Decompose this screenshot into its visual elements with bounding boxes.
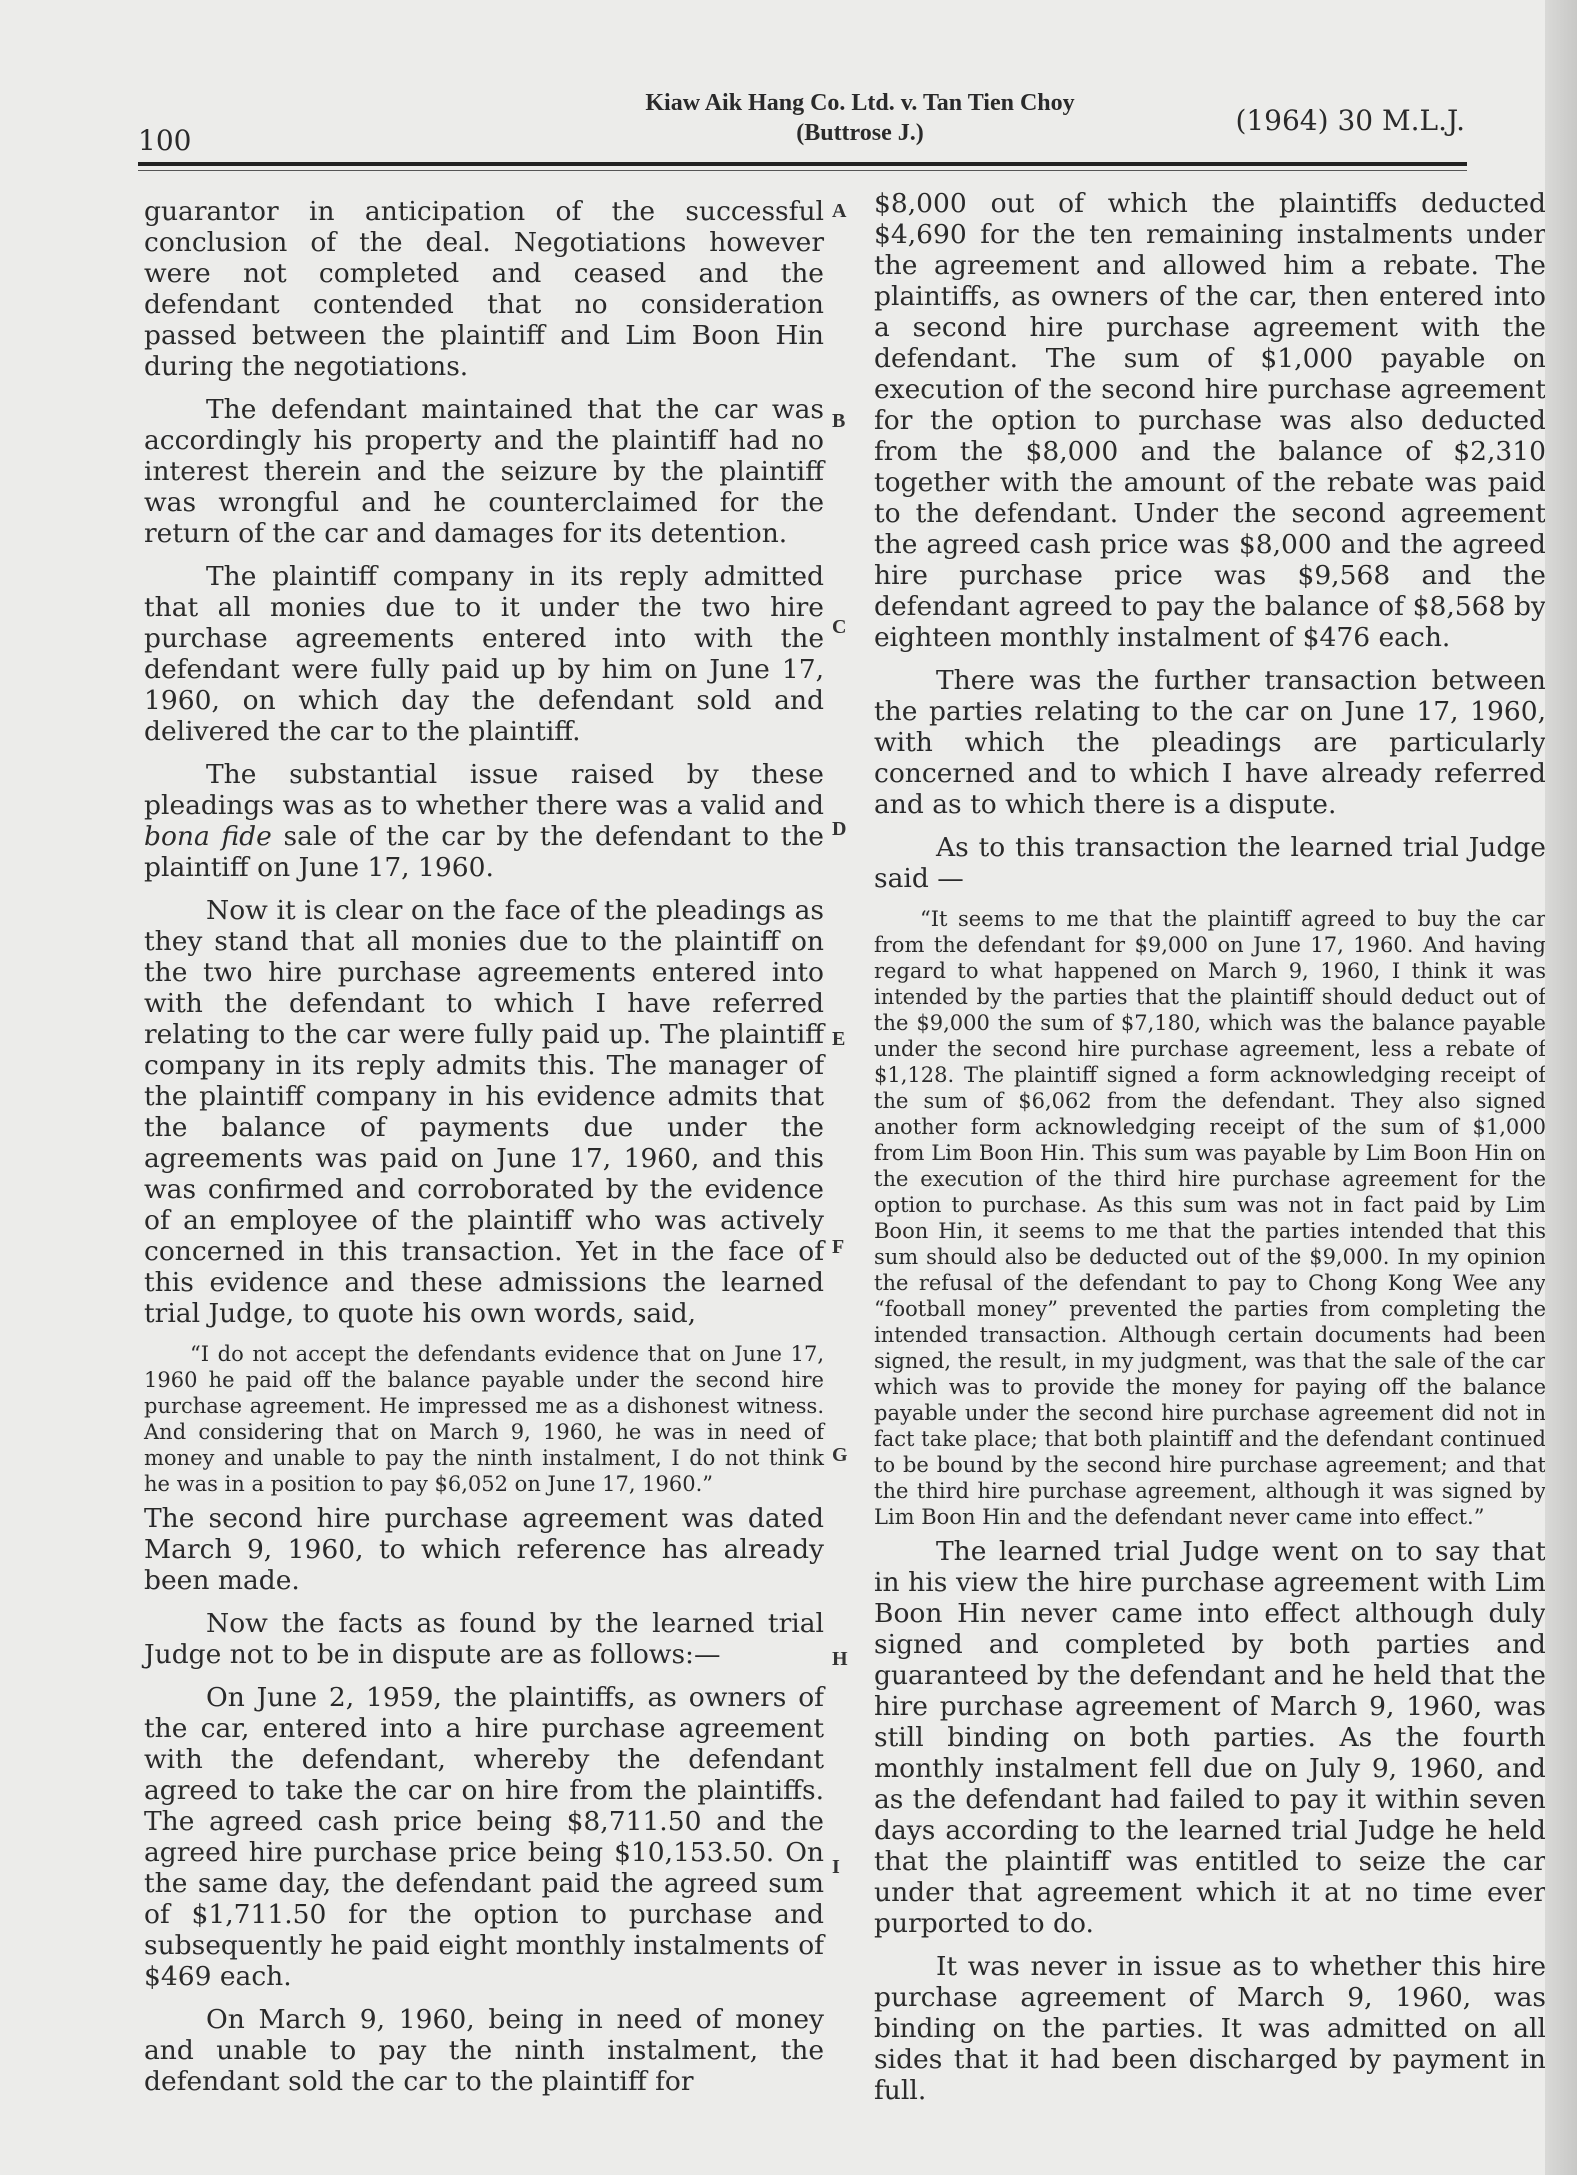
paragraph: Now it is clear on the face of the plead… xyxy=(144,895,824,1329)
paragraph: There was the further transaction betwee… xyxy=(874,665,1546,820)
paragraph: The second hire purchase agreement was d… xyxy=(144,1503,824,1596)
margin-letter-e: E xyxy=(832,1028,845,1051)
paragraph: It was never in issue as to whether this… xyxy=(874,1951,1546,2106)
text-span: The substantial issue raised by these pl… xyxy=(144,759,824,821)
judge-name: (Buttrose J.) xyxy=(580,118,1140,148)
document-page: 100 Kiaw Aik Hang Co. Ltd. v. Tan Tien C… xyxy=(0,0,1545,2175)
paragraph: As to this transaction the learned trial… xyxy=(874,832,1546,894)
margin-letter-g: G xyxy=(832,1444,848,1467)
left-column: guarantor in anticipation of the success… xyxy=(144,196,824,2109)
paragraph: On March 9, 1960, being in need of money… xyxy=(144,2004,824,2097)
paragraph: guarantor in anticipation of the success… xyxy=(144,196,824,382)
paragraph: The plaintiff company in its reply admit… xyxy=(144,561,824,747)
margin-letter-c: C xyxy=(832,616,846,639)
header-rule-thin xyxy=(138,170,1467,171)
margin-letter-d: D xyxy=(832,818,846,841)
paragraph: The defendant maintained that the car wa… xyxy=(144,394,824,549)
case-title: Kiaw Aik Hang Co. Ltd. v. Tan Tien Choy xyxy=(580,88,1140,118)
margin-letter-f: F xyxy=(832,1236,844,1259)
italic-term: bona fide xyxy=(144,821,272,852)
paragraph: The learned trial Judge went on to say t… xyxy=(874,1536,1546,1939)
running-header: Kiaw Aik Hang Co. Ltd. v. Tan Tien Choy … xyxy=(580,88,1140,148)
margin-letter-b: B xyxy=(832,410,845,433)
citation: (1964) 30 M.L.J. xyxy=(1235,104,1465,137)
margin-letter-a: A xyxy=(832,200,846,223)
page-number: 100 xyxy=(138,124,191,157)
page-edge-shadow xyxy=(1545,0,1577,2175)
paragraph: $8,000 out of which the plaintiffs deduc… xyxy=(874,188,1546,653)
block-quote: “I do not accept the defendants evidence… xyxy=(144,1341,824,1497)
paragraph: Now the facts as found by the learned tr… xyxy=(144,1608,824,1670)
paragraph: The substantial issue raised by these pl… xyxy=(144,759,824,883)
block-quote: “It seems to me that the plaintiff agree… xyxy=(874,906,1546,1530)
paragraph: On June 2, 1959, the plaintiffs, as owne… xyxy=(144,1682,824,1992)
right-column: $8,000 out of which the plaintiffs deduc… xyxy=(874,188,1546,2118)
margin-letter-h: H xyxy=(832,1648,848,1671)
header-rule-thick xyxy=(138,162,1467,166)
margin-letter-i: I xyxy=(832,1856,840,1879)
